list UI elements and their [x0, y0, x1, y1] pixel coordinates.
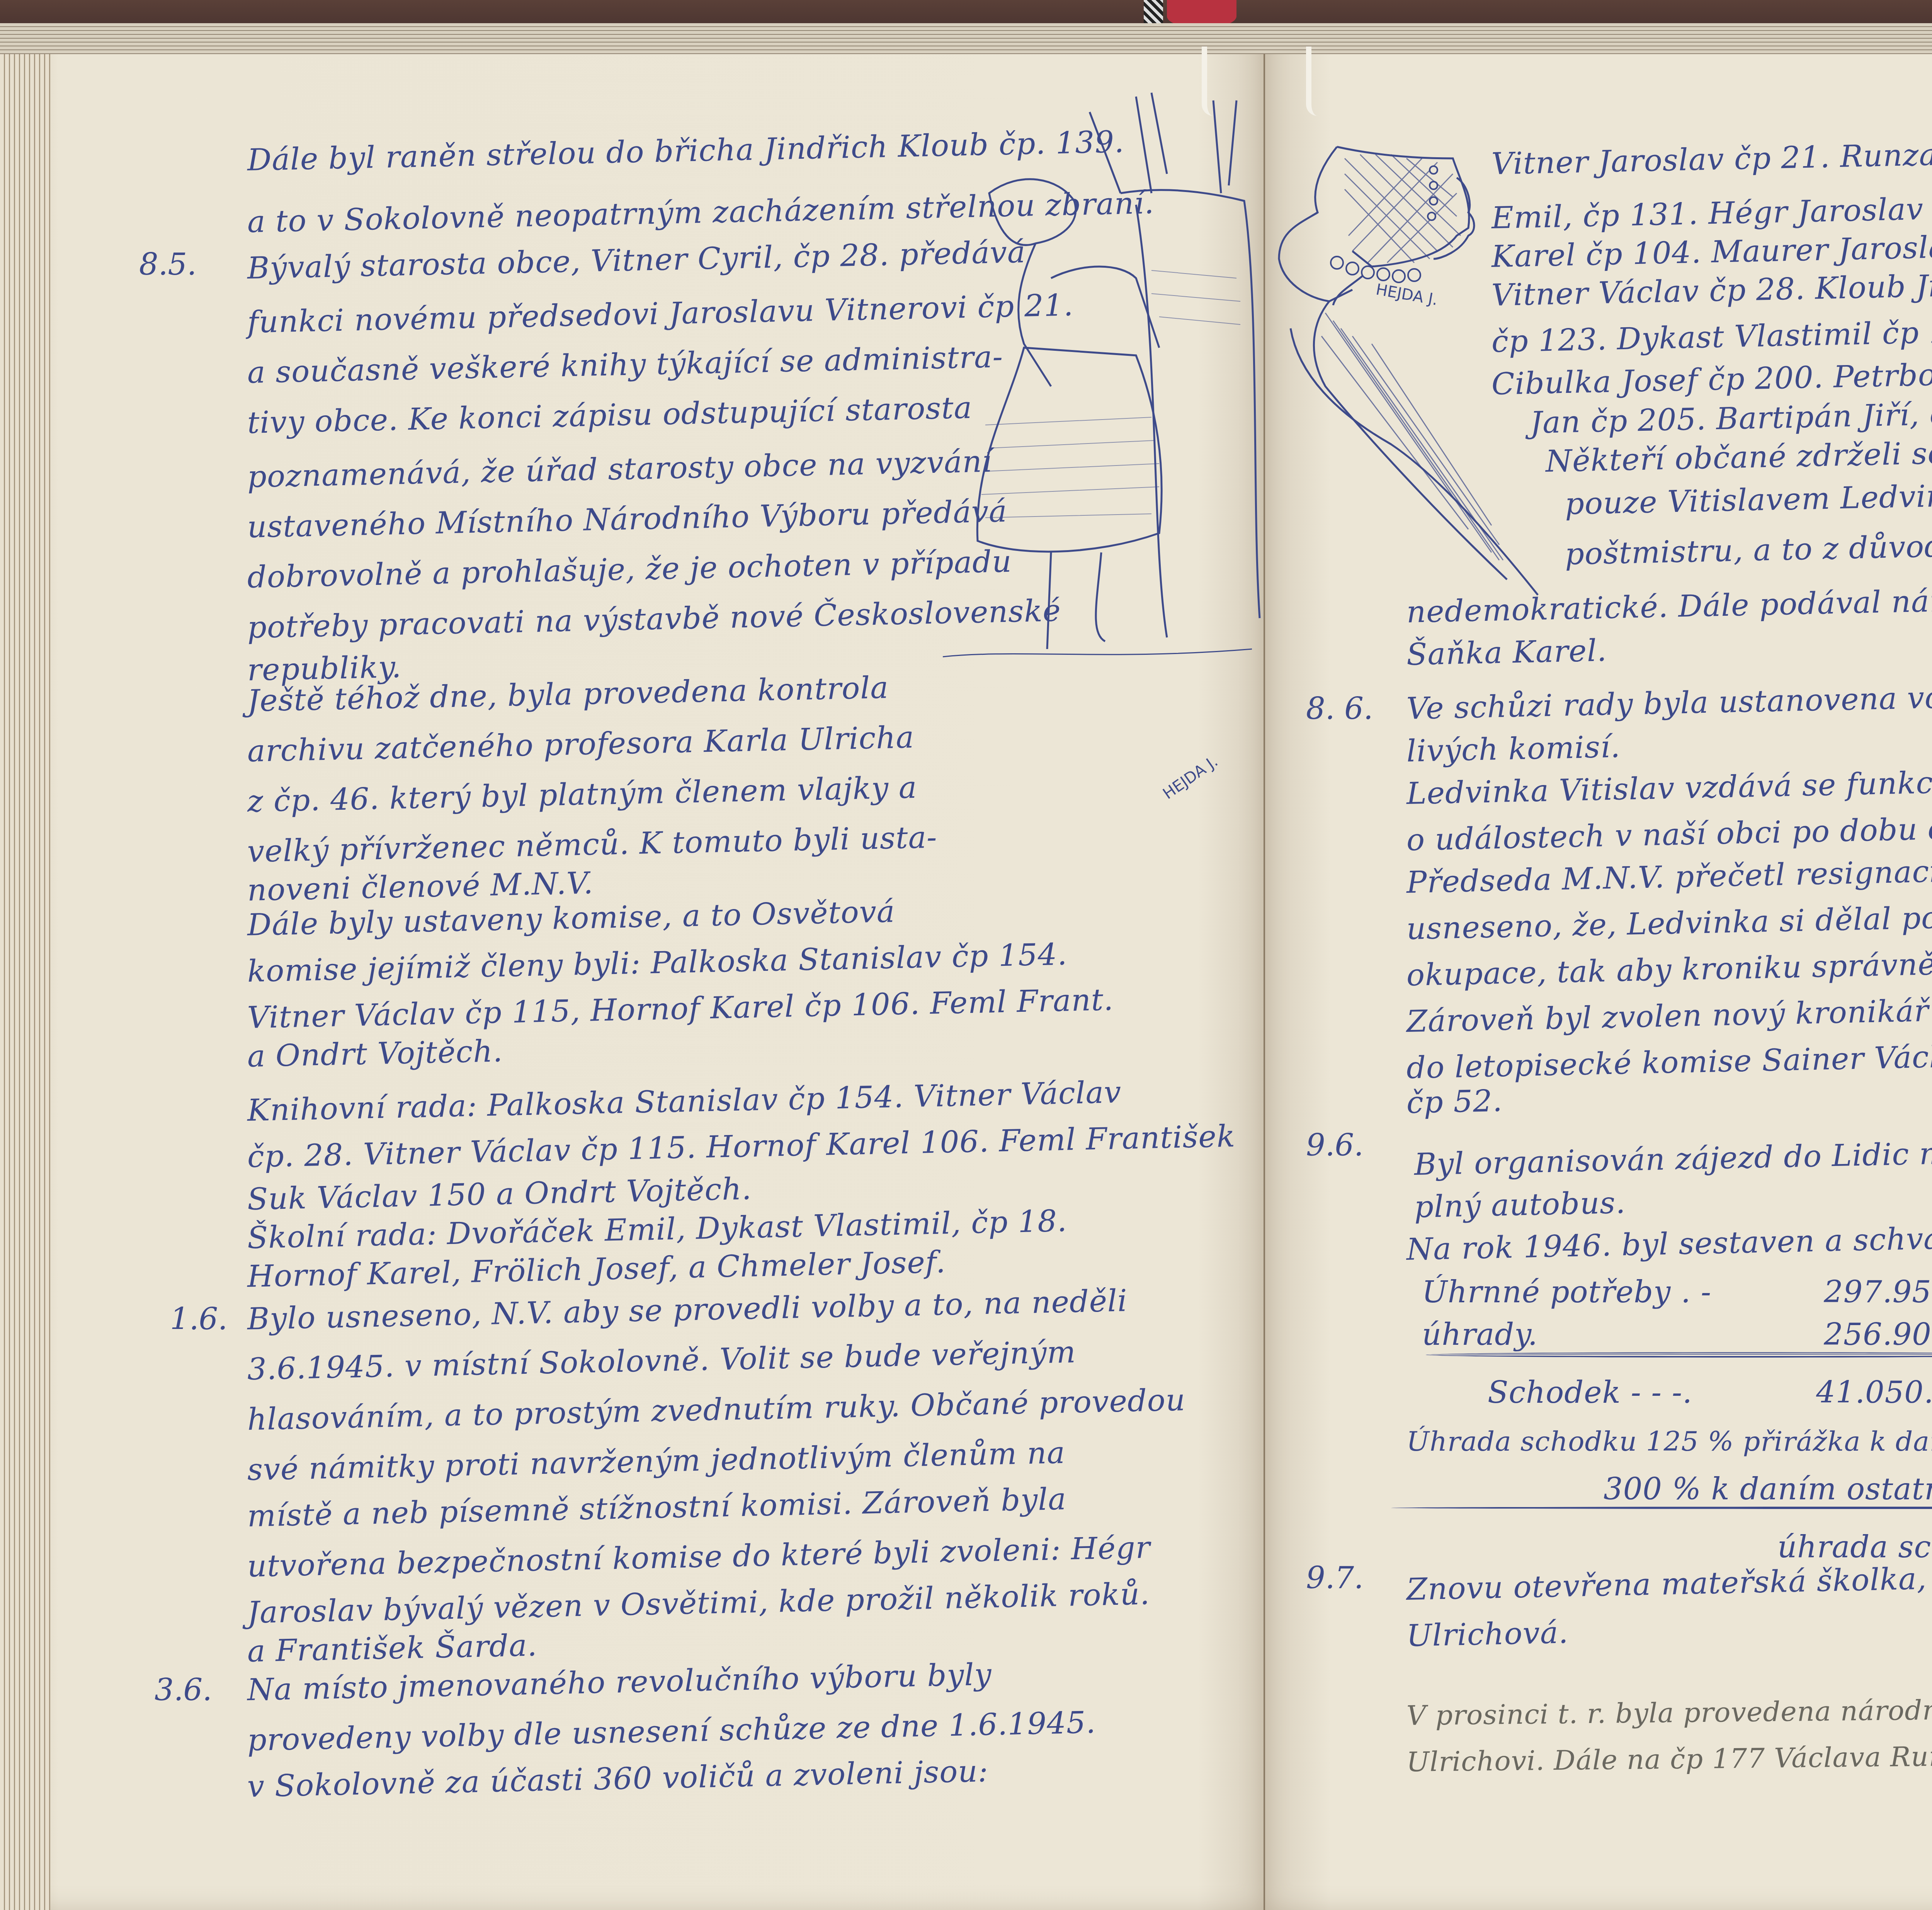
budget-label: Úhrnné potřeby . -	[1422, 1275, 1711, 1310]
text-line: Šaňka Karel.	[1406, 633, 1607, 672]
budget-label: Schodek - - -.	[1488, 1375, 1692, 1410]
text-line: čp 52.	[1406, 1084, 1503, 1120]
budget-label: 300 % k daním ostatním.	[1604, 1472, 1932, 1507]
entry-date: 9.7.	[1306, 1561, 1364, 1596]
text-line: Ulrichová.	[1406, 1615, 1569, 1653]
budget-amount: 256.905.- "	[1824, 1317, 1932, 1352]
bookmark-ribbon	[1144, 0, 1163, 23]
page-hook-right	[1306, 46, 1323, 116]
left-page-edges	[0, 23, 50, 1910]
budget-amount: 297.955.- Kčs.	[1824, 1275, 1932, 1310]
budget-amount: 41.050.- Kčs.	[1816, 1375, 1932, 1410]
entry-date: 1.6.	[170, 1302, 228, 1337]
text-line: plný autobus.	[1414, 1186, 1626, 1225]
entry-date: 9.6.	[1306, 1128, 1364, 1163]
woman-by-tree-drawing	[920, 77, 1267, 966]
budget-label: Úhrada schodku 125 % přirážka k daním či…	[1406, 1426, 1932, 1457]
budget-label: úhrady.	[1422, 1317, 1538, 1352]
budget-label: úhrada schodku.	[1777, 1530, 1932, 1565]
text-line: a František Šarda.	[247, 1628, 537, 1669]
top-page-edges	[0, 23, 1932, 54]
entry-date: 8.5.	[139, 247, 197, 282]
entry-date: 3.6.	[155, 1673, 212, 1708]
text-line: livých komisí.	[1406, 729, 1621, 769]
text-line: a Ondrt Vojtěch.	[247, 1034, 503, 1074]
entry-date: 8. 6.	[1306, 692, 1373, 726]
